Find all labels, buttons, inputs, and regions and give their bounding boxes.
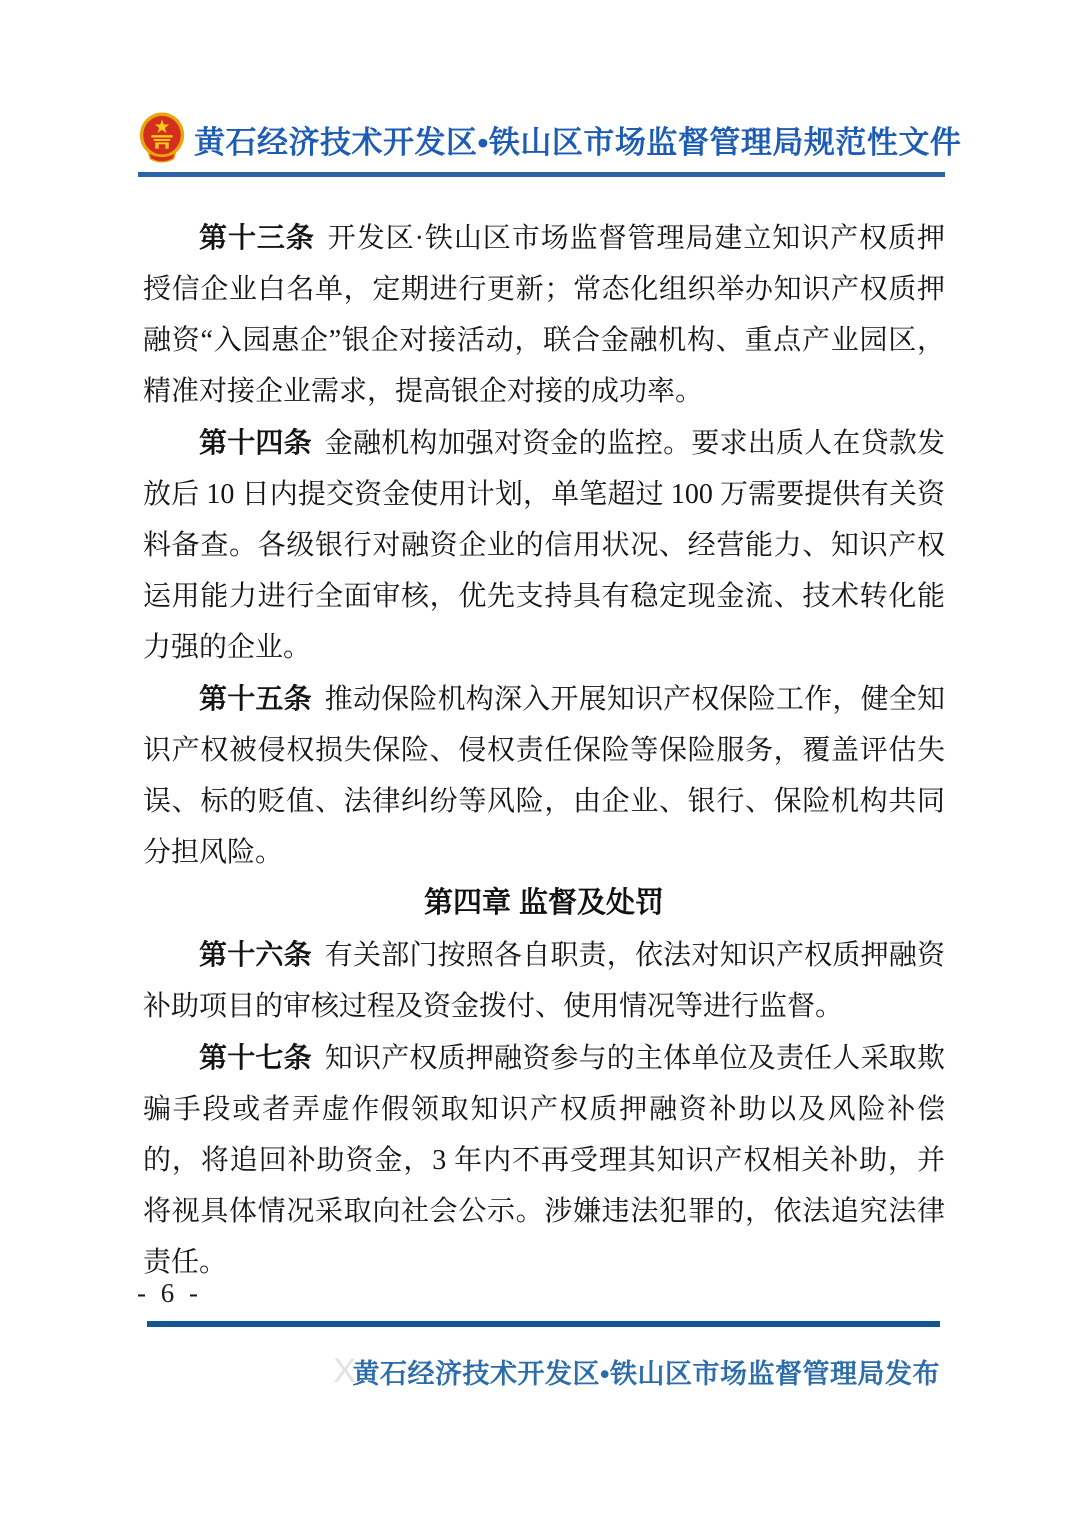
article-13-number: 第十三条 xyxy=(199,222,315,253)
article-17-number: 第十七条 xyxy=(199,1042,312,1073)
page-number: - 6 - xyxy=(137,1276,202,1310)
document-header: 黄石经济技术开发区•铁山区市场监督管理局规范性文件 xyxy=(138,112,948,166)
article-17-paragraph: 第十七条知识产权质押融资参与的主体单位及责任人采取欺骗手段或者弄虚作假领取知识产… xyxy=(143,1032,945,1288)
article-14-number: 第十四条 xyxy=(199,427,312,458)
article-13-paragraph: 第十三条开发区·铁山区市场监督管理局建立知识产权质押授信企业白名单，定期进行更新… xyxy=(143,212,945,417)
document-page: 黄石经济技术开发区•铁山区市场监督管理局规范性文件 第十三条开发区·铁山区市场监… xyxy=(0,0,1074,1520)
article-14-text: 金融机构加强对资金的监控。要求出质人在贷款发放后 10 日内提交资金使用计划，单… xyxy=(143,428,945,663)
document-body: 第十三条开发区·铁山区市场监督管理局建立知识产权质押授信企业白名单，定期进行更新… xyxy=(143,212,945,1288)
footer-divider xyxy=(147,1321,940,1327)
header-title: 黄石经济技术开发区•铁山区市场监督管理局规范性文件 xyxy=(194,117,961,162)
document-footer: X 黄石经济技术开发区•铁山区市场监督管理局发布 xyxy=(333,1352,940,1391)
header-divider xyxy=(138,172,945,177)
article-14-paragraph: 第十四条金融机构加强对资金的监控。要求出质人在贷款发放后 10 日内提交资金使用… xyxy=(143,417,945,673)
national-emblem-icon xyxy=(138,112,186,166)
article-16-number: 第十六条 xyxy=(199,939,312,970)
article-15-paragraph: 第十五条推动保险机构深入开展知识产权保险工作，健全知识产权被侵权损失保险、侵权责… xyxy=(143,673,945,878)
chapter-heading: 第四章 监督及处罚 xyxy=(143,878,945,929)
publisher-line: 黄石经济技术开发区•铁山区市场监督管理局发布 xyxy=(353,1352,940,1391)
article-15-number: 第十五条 xyxy=(199,683,312,714)
article-17-text: 知识产权质押融资参与的主体单位及责任人采取欺骗手段或者弄虚作假领取知识产权质押融… xyxy=(143,1043,945,1278)
article-16-paragraph: 第十六条有关部门按照各自职责，依法对知识产权质押融资补助项目的审核过程及资金拨付… xyxy=(143,929,945,1032)
